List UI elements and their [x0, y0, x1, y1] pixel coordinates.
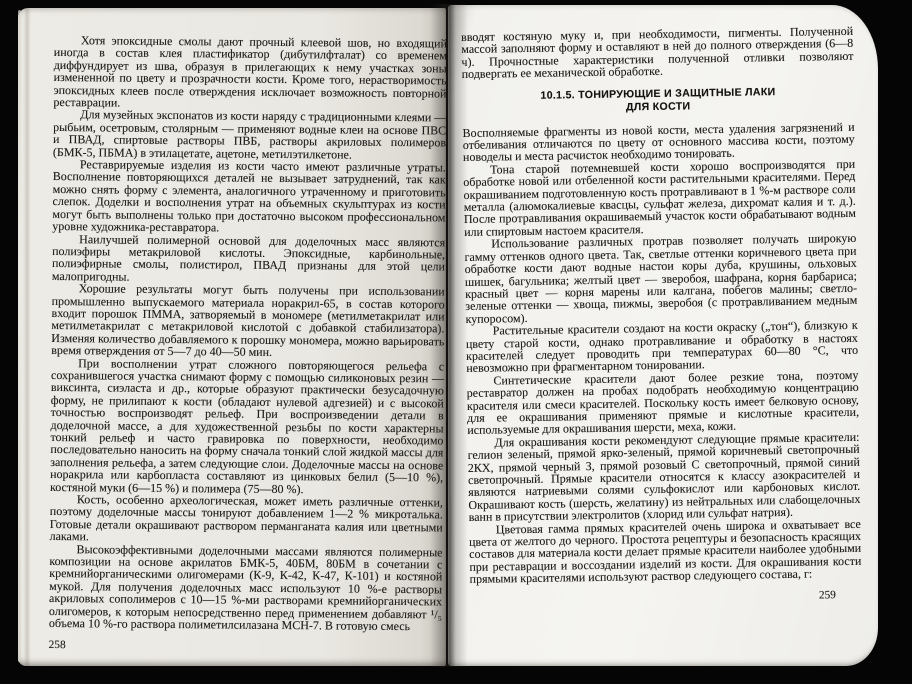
paragraph: Цветовая гамма прямых красителей очень ш… [469, 517, 862, 585]
paragraph: Растительные красители создают на кости … [466, 319, 859, 375]
page-number-right: 259 [470, 588, 862, 607]
paragraph: Кость, особенно археологическая, может и… [50, 493, 443, 546]
paragraph: Для музейных экспонатов из кости наряду … [53, 108, 446, 161]
paragraph: Высокоэффективными доделочными массами я… [49, 543, 443, 633]
book-scan-photo: Хотя эпоксидные смолы дают прочный клеев… [0, 0, 912, 684]
paragraph: Использование различных протрав позволяе… [464, 232, 857, 325]
page-number-left: 258 [49, 638, 442, 654]
left-page: Хотя эпоксидные смолы дают прочный клеев… [18, 8, 446, 666]
page-fore-edge [18, 10, 21, 662]
paragraph: Реставрируемые изделия из кости часто им… [52, 158, 446, 236]
left-page-text-column: Хотя эпоксидные смолы дают прочный клеев… [49, 34, 446, 654]
right-page-text-column: вводят костяную муку и, при необходимост… [461, 25, 862, 607]
paragraph-continuation: вводят костяную муку и, при необходимост… [461, 25, 854, 81]
paragraph: Для окрашивания кости рекомендуют следую… [467, 431, 860, 524]
section-heading: 10.1.5. ТОНИРУЮЩИЕ И ЗАЩИТНЫЕ ЛАКИ ДЛЯ К… [462, 84, 854, 117]
paragraph: Наилучшей полимерной основой для доделоч… [52, 232, 445, 285]
right-page: вводят костяную муку и, при необходимост… [448, 5, 878, 666]
paragraph: Синтетические красители дают более резки… [466, 369, 859, 437]
paragraph: Хорошие результаты могут быть получены п… [51, 282, 445, 360]
paragraph: Тона старой потемневшей кости хорошо вос… [463, 158, 856, 239]
paragraph: Хотя эпоксидные смолы дают прочный клеев… [53, 34, 446, 112]
paragraph: При восполнении утрат сложного повторяющ… [50, 357, 444, 497]
